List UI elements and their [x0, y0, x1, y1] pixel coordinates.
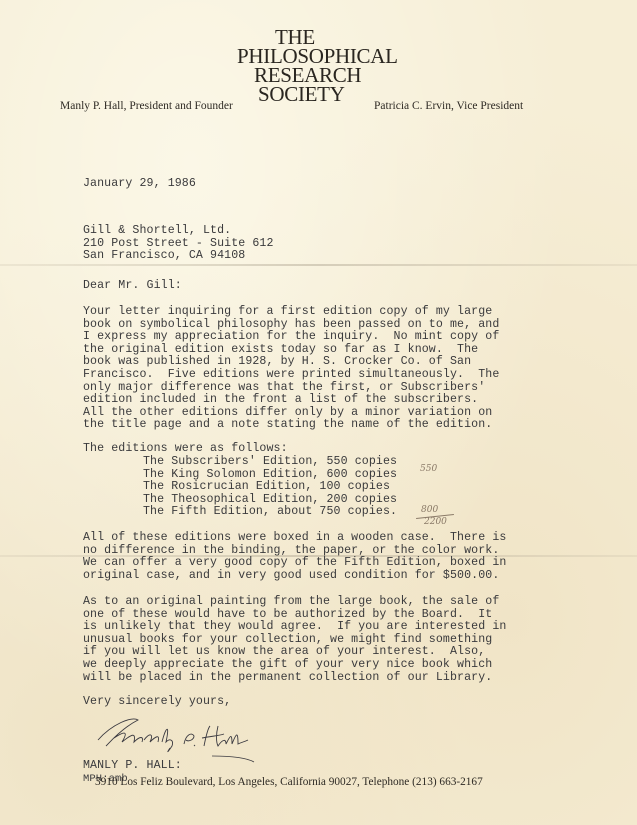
- paragraph-3: As to an original painting from the larg…: [83, 596, 506, 684]
- handwritten-correction: 800: [421, 505, 438, 515]
- letter-date: January 29, 1986: [83, 178, 196, 191]
- editions-list: The Subscribers' Edition, 550 copies The…: [143, 456, 397, 519]
- letterhead-president: Manly P. Hall, President and Founder: [60, 100, 233, 112]
- signature: [92, 712, 262, 764]
- paragraph-2: All of these editions were boxed in a wo…: [83, 532, 506, 582]
- recipient-address: Gill & Shortell, Ltd. 210 Post Street - …: [83, 225, 274, 263]
- closing: Very sincerely yours,: [83, 696, 231, 709]
- paragraph-1: Your letter inquiring for a first editio…: [83, 306, 499, 432]
- letterhead-footer-address: 3910 Los Feliz Boulevard, Los Angeles, C…: [95, 776, 483, 788]
- editions-intro: The editions were as follows:: [83, 443, 288, 456]
- signer-name: MANLY P. HALL:: [83, 760, 182, 773]
- handwritten-total: 2200: [424, 517, 447, 527]
- letterhead-vice-president: Patricia C. Ervin, Vice President: [374, 100, 523, 112]
- paper-fold-line: [0, 264, 637, 266]
- letterhead-logo: THE PHILOSOPHICAL RESEARCH SOCIETY: [237, 28, 417, 104]
- handwritten-correction: 550: [420, 464, 437, 474]
- salutation: Dear Mr. Gill:: [83, 280, 182, 293]
